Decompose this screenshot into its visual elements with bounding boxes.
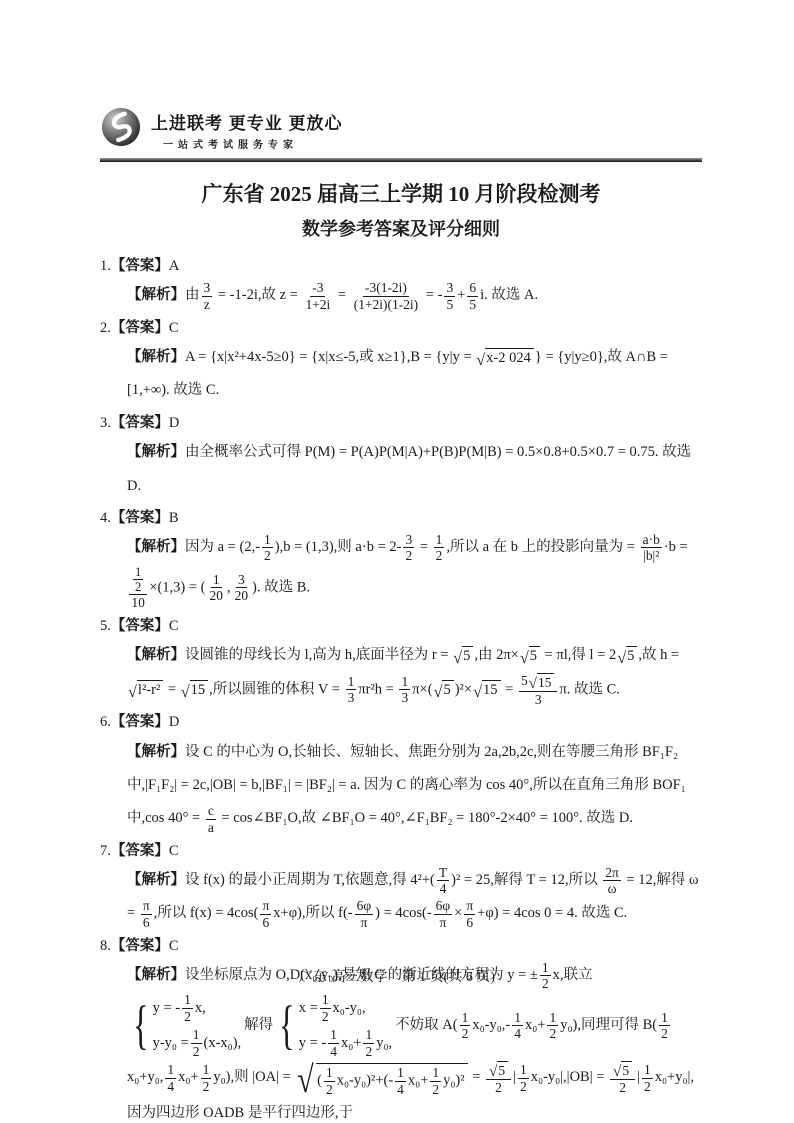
questions-list: 1.【答案】A【解析】由3z = -1-2i,故 z = -31+2i = -3…: [100, 254, 702, 1123]
question-2: 2.【答案】C【解析】A = {x|x²+4x-5≥0} = {x|x≤-5,或…: [100, 316, 702, 408]
jiexi-label: 【解析】: [127, 744, 185, 760]
fraction-denominator: 2: [547, 1026, 558, 1042]
math-text: π. 故选 C.: [559, 681, 620, 697]
math-text: 1: [184, 992, 191, 1007]
fraction-numerator: π: [260, 898, 271, 915]
fraction-denominator: 2: [430, 1082, 441, 1098]
cases-row: y-y₀ = 12(x-x₀),: [153, 1027, 242, 1059]
math-text: ω: [608, 881, 617, 896]
math-text: 1: [203, 1062, 210, 1077]
fraction: 6φπ: [434, 898, 453, 930]
math-text: 1: [644, 1062, 651, 1077]
radical-glyph: √: [617, 650, 626, 666]
fraction: 3z: [202, 280, 213, 312]
math-text: 2: [661, 1026, 668, 1041]
cases-row: y = -14x₀+12y₀,: [299, 1027, 392, 1059]
fraction-numerator: 6φ: [355, 898, 374, 915]
sqrt: √15: [181, 680, 208, 699]
answer-value: C: [169, 618, 179, 634]
math-text: 10: [131, 595, 144, 610]
math-text: T: [439, 865, 447, 880]
math-text: x₀+: [341, 1033, 361, 1055]
brand-subtitle: 一站式考试服务专家: [151, 136, 342, 151]
fraction-denominator: 2: [262, 548, 273, 564]
fraction: 1210: [129, 565, 147, 611]
math-text: 2π: [605, 865, 619, 880]
answer-line: 1.【答案】A: [100, 254, 702, 279]
answer-label: 【答案】: [111, 415, 169, 431]
math-text: 4: [440, 881, 447, 896]
radical-glyph: √: [520, 650, 529, 666]
brace-glyph: {: [133, 1004, 149, 1047]
answer-label: 【答案】: [111, 714, 169, 730]
math-text: 2: [184, 1009, 191, 1024]
fraction-denominator: 6: [260, 915, 271, 931]
fraction-numerator: 1: [363, 1027, 374, 1044]
math-text: 1: [661, 1010, 668, 1025]
math-text: ) = 4cos(-: [375, 905, 432, 921]
math-text: 1: [549, 1010, 556, 1025]
fraction-denominator: 4: [438, 881, 449, 897]
math-text: 1: [436, 532, 443, 547]
math-text: 5: [530, 648, 537, 664]
math-text: i. 故选 A.: [480, 287, 538, 303]
fraction-denominator: 2: [182, 1009, 193, 1025]
math-text: 2: [135, 580, 141, 594]
fraction-numerator: 3: [403, 532, 414, 549]
math-text: |: [513, 1070, 516, 1086]
fraction-denominator: 5: [467, 297, 478, 313]
math-text: 1: [462, 1010, 469, 1025]
fraction-denominator: 2: [201, 1079, 212, 1095]
fraction-denominator: 4: [328, 1044, 339, 1060]
fraction-numerator: π: [141, 898, 152, 915]
math-text: 1: [264, 532, 271, 547]
math-text: 3: [405, 532, 412, 547]
fraction-numerator: T: [437, 865, 449, 882]
math-text: -3: [312, 280, 323, 295]
math-text: 5: [446, 297, 453, 312]
radical-glyph: √: [298, 1062, 315, 1100]
radical-glyph: √: [128, 684, 137, 700]
math-text: y = -: [153, 998, 181, 1020]
math-text: 2: [264, 548, 271, 563]
fraction: 12: [659, 1010, 670, 1042]
question-number: 7.: [100, 843, 111, 859]
fraction: 12: [191, 1027, 202, 1059]
math-text: 5: [521, 673, 528, 688]
fraction-numerator: 1: [328, 1027, 339, 1044]
math-text: x₀-y₀,-: [472, 1017, 510, 1033]
sqrt-content: 5: [462, 646, 473, 665]
fraction: -3(1-2i)(1+2i)(1-2i): [352, 280, 420, 312]
question-3: 3.【答案】D【解析】由全概率公式可得 P(M) = P(A)P(M|A)+P(…: [100, 411, 702, 503]
brand-header: 上进联考 更专业 更放心 一站式考试服务专家: [100, 106, 702, 153]
math-text: 1: [432, 1065, 439, 1080]
fraction-numerator: 1: [395, 1065, 406, 1082]
math-text: 6φ: [357, 898, 372, 913]
math-text: 2: [436, 548, 443, 563]
page-subtitle: 数学参考答案及评分细则: [100, 215, 702, 241]
radical-glyph: √: [476, 352, 485, 368]
fraction-numerator: √5: [486, 1061, 511, 1080]
fraction: 12: [430, 1065, 441, 1097]
fraction-denominator: 2: [518, 1079, 529, 1095]
jiexi-label: 【解析】: [127, 444, 185, 460]
math-text: 由: [185, 287, 200, 303]
answer-line: 5.【答案】C: [100, 614, 702, 639]
fraction: π6: [260, 898, 271, 930]
math-text: x₀+: [178, 1070, 198, 1086]
fraction-denominator: 2: [460, 1026, 471, 1042]
fraction-numerator: 1: [518, 1062, 529, 1079]
math-text: 15: [191, 682, 206, 698]
jiexi-block: 【解析】由全概率公式可得 P(M) = P(A)P(M|A)+P(B)P(M|B…: [127, 436, 702, 503]
fraction-numerator: 1: [399, 674, 410, 691]
math-text: ,由 2π×: [474, 647, 519, 663]
math-text: = cos∠BF₁O,故 ∠BF₁O = 40°,∠F₁BF₂ = 180°-2…: [218, 810, 633, 826]
math-text: 1: [397, 1065, 404, 1080]
answer-value: C: [169, 843, 179, 859]
fraction-numerator: 1: [642, 1062, 653, 1079]
sqrt-content: 15: [482, 680, 501, 699]
brand-title: 上进联考 更专业 更放心: [151, 109, 342, 134]
fraction-denominator: 2: [324, 1082, 335, 1098]
math-text: = -1-2i,故 z =: [214, 287, 301, 303]
math-text: 3: [446, 280, 453, 295]
fraction-denominator: 2: [617, 1080, 628, 1096]
math-text: 3: [204, 280, 211, 295]
cases: {x = 12x₀-y₀,y = -14x₀+12y₀,: [276, 992, 392, 1059]
math-text: 5: [443, 682, 450, 698]
math-text: πr²h =: [358, 681, 397, 697]
fraction: 12: [201, 1062, 212, 1094]
fraction-numerator: 1: [320, 992, 331, 1009]
math-text: =: [416, 539, 431, 555]
page-title: 广东省 2025 届高三上学期 10 月阶段检测考: [100, 178, 702, 208]
math-text: 4: [330, 1044, 337, 1059]
math-text: π: [143, 898, 150, 913]
fraction-denominator: 6: [464, 915, 475, 931]
math-text: 2: [432, 1082, 439, 1097]
answer-value: C: [169, 320, 179, 336]
sqrt: √5: [617, 646, 637, 665]
fraction-numerator: 1: [460, 1010, 471, 1027]
fraction-denominator: |b|²: [641, 548, 661, 564]
sqrt: √5: [489, 1061, 508, 1079]
jiexi-block: 【解析】由3z = -1-2i,故 z = -31+2i = -3(1-2i)(…: [127, 279, 702, 312]
math-text: a·b: [643, 532, 660, 547]
math-text: x+φ),所以 f(-: [273, 905, 352, 921]
jiexi-block: 【解析】因为 a = (2,-12),b = (1,3),则 a·b = 2-3…: [127, 531, 702, 611]
answer-value: A: [169, 258, 179, 274]
math-text: 4: [167, 1079, 174, 1094]
answer-value: B: [169, 510, 179, 526]
math-text: 3: [348, 690, 355, 705]
fraction-numerator: c: [206, 803, 216, 820]
fraction-denominator: 6: [141, 915, 152, 931]
jiexi-label: 【解析】: [127, 872, 185, 888]
math-text: π×(: [412, 681, 432, 697]
fraction-numerator: 3: [202, 280, 213, 297]
fraction: √52: [610, 1061, 635, 1096]
exam-answer-page: 上进联考 更专业 更放心 一站式考试服务专家 广东省 2025 届高三上学期 1…: [0, 0, 794, 1123]
math-text: 5: [498, 1063, 505, 1078]
sqrt: √5: [613, 1061, 632, 1079]
fraction-denominator: 3: [399, 690, 410, 706]
fraction-denominator: 2: [434, 548, 445, 564]
math-text: 设圆锥的母线长为 l,高为 h,底面半径为 r =: [185, 647, 452, 663]
sqrt-content: l²-r²: [137, 680, 163, 699]
answer-line: 6.【答案】D: [100, 710, 702, 735]
answer-line: 8.【答案】C: [100, 934, 702, 959]
math-text: 1: [326, 1065, 333, 1080]
fraction-numerator: 6: [467, 280, 478, 297]
fraction: 12: [363, 1027, 374, 1059]
math-text: ,故 h =: [638, 647, 679, 663]
fraction-numerator: a·b: [641, 532, 662, 549]
fraction-numerator: 1: [165, 1062, 176, 1079]
answer-line: 2.【答案】C: [100, 316, 702, 341]
fraction: 12: [518, 1062, 529, 1094]
math-text: 1+2i: [305, 297, 330, 312]
fraction: 320: [233, 572, 250, 604]
math-text: y = -: [299, 1033, 327, 1055]
sqrt: √5: [453, 646, 473, 665]
fraction-denominator: 2: [363, 1044, 374, 1060]
sqrt-content: 5: [497, 1061, 508, 1079]
math-text: 2: [520, 1079, 527, 1094]
question-number: 3.: [100, 415, 111, 431]
math-text: x =: [299, 998, 318, 1020]
fraction-denominator: 2: [191, 1044, 202, 1060]
fraction: 12: [133, 565, 143, 595]
fraction: 14: [328, 1027, 339, 1059]
math-text: 20: [235, 588, 248, 603]
answer-value: D: [169, 714, 179, 730]
math-text: 2: [619, 1080, 626, 1095]
fraction-numerator: 1: [659, 1010, 670, 1027]
math-text: 1: [135, 565, 141, 579]
math-text: 2: [193, 1044, 200, 1059]
fraction-numerator: 1: [512, 1010, 523, 1027]
fraction: π6: [141, 898, 152, 930]
question-number: 1.: [100, 258, 111, 274]
math-text: 2: [365, 1044, 372, 1059]
fraction: 5√153: [519, 673, 558, 708]
radical-glyph: √: [489, 1065, 497, 1080]
answer-label: 【答案】: [111, 510, 169, 526]
fraction: 12: [262, 532, 273, 564]
math-text: x₀+: [408, 1073, 428, 1089]
brace-glyph: {: [279, 1004, 295, 1047]
fraction: T4: [437, 865, 449, 897]
radical-glyph: √: [181, 684, 190, 700]
fraction-numerator: π: [464, 898, 475, 915]
math-text: 15: [483, 682, 498, 698]
math-text: =: [164, 681, 179, 697]
math-text: l²-r²: [138, 682, 160, 698]
math-text: x-2 024: [486, 350, 531, 366]
sqrt: √5: [434, 680, 454, 699]
math-text: 1: [213, 572, 220, 587]
sqrt-content: 5: [529, 646, 540, 665]
math-text: 2: [644, 1079, 651, 1094]
fraction: 2πω: [603, 865, 621, 897]
math-text: 3: [535, 692, 542, 707]
math-text: 1: [348, 674, 355, 689]
cases-rows: x = 12x₀-y₀,y = -14x₀+12y₀,: [299, 992, 392, 1059]
question-number: 8.: [100, 938, 111, 954]
sqrt: √15: [529, 673, 555, 691]
math-text: (1+2i)(1-2i): [354, 297, 418, 312]
fraction-denominator: 2: [642, 1079, 653, 1095]
answer-line: 4.【答案】B: [100, 506, 702, 531]
question-number: 4.: [100, 510, 111, 526]
answer-line: 7.【答案】C: [100, 839, 702, 864]
fraction: 12: [460, 1010, 471, 1042]
math-text: 1: [520, 1062, 527, 1077]
fraction: 14: [395, 1065, 406, 1097]
fraction-numerator: 1: [434, 532, 445, 549]
jiexi-block: 【解析】A = {x|x²+4x-5≥0} = {x|x≤-5,或 x≥1},B…: [127, 341, 702, 408]
math-text: 5: [469, 297, 476, 312]
fraction-numerator: 1: [262, 532, 273, 549]
math-text: 不妨取 A(: [395, 1017, 457, 1033]
math-text: 5: [627, 648, 634, 664]
fraction-denominator: 1+2i: [303, 297, 332, 313]
answer-value: C: [169, 938, 179, 954]
fraction-numerator: -3: [310, 280, 325, 297]
fraction: 14: [165, 1062, 176, 1094]
fraction-numerator: 12: [129, 565, 147, 596]
answer-value: D: [169, 415, 179, 431]
math-text: 1: [330, 1027, 337, 1042]
math-text: |b|²: [643, 548, 659, 563]
math-text: x,: [195, 998, 206, 1020]
answer-label: 【答案】: [111, 843, 169, 859]
math-text: (x-x₀),: [204, 1033, 242, 1055]
fraction: 65: [467, 280, 478, 312]
math-text: 5: [463, 648, 470, 664]
math-text: 15: [538, 675, 551, 690]
sqrt-content: 15: [190, 680, 209, 699]
math-text: π: [262, 898, 269, 913]
fraction-numerator: 2π: [603, 865, 621, 882]
math-text: 1: [322, 992, 329, 1007]
fraction-denominator: 2: [659, 1026, 670, 1042]
math-text: ,所以圆锥的体积 V =: [209, 681, 343, 697]
fraction-numerator: 1: [211, 572, 222, 589]
page-content: 上进联考 更专业 更放心 一站式考试服务专家 广东省 2025 届高三上学期 1…: [0, 0, 794, 1123]
math-text: x₀-y₀,: [333, 998, 366, 1020]
math-text: y₀),同理可得 B(: [560, 1017, 657, 1033]
fraction-denominator: 2: [133, 580, 143, 594]
sqrt: √5: [520, 646, 540, 665]
math-text: 2: [495, 1080, 502, 1095]
sqrt: √l²-r²: [128, 680, 163, 699]
math-text: 因为 a = (2,-: [185, 539, 260, 555]
answer-label: 【答案】: [111, 258, 169, 274]
brand-text: 上进联考 更专业 更放心 一站式考试服务专家: [151, 109, 342, 151]
math-text: 6: [469, 280, 476, 295]
fraction-denominator: 3: [533, 692, 544, 708]
math-text: ,所以 a 在 b 上的投影向量为 =: [446, 539, 638, 555]
math-text: ,: [227, 579, 231, 595]
fraction-denominator: 3: [346, 690, 357, 706]
math-text: y-y₀ =: [153, 1033, 189, 1055]
fraction-numerator: √5: [610, 1061, 635, 1080]
fraction-numerator: 5√15: [519, 673, 558, 692]
math-text: ×(1,3) = (: [149, 579, 205, 595]
fraction: 6φπ: [355, 898, 374, 930]
jiexi-label: 【解析】: [127, 539, 185, 555]
sqrt-content: 5: [442, 680, 453, 699]
fraction: 12: [547, 1010, 558, 1042]
jiexi-block: 【解析】设 C 的中心为 O,长轴长、短轴长、焦距分别为 2a,2b,2c,则在…: [127, 736, 702, 836]
fraction-denominator: 20: [207, 588, 224, 604]
fraction-numerator: 1: [430, 1065, 441, 1082]
math-text: π: [466, 898, 473, 913]
sqrt-content: 5: [621, 1061, 632, 1079]
radical-glyph: √: [434, 684, 443, 700]
math-text: 4: [514, 1026, 521, 1041]
fraction-numerator: 1: [182, 992, 193, 1009]
fraction: π6: [464, 898, 475, 930]
math-text: c: [208, 803, 214, 818]
fraction: 12: [642, 1062, 653, 1094]
fraction-numerator: 1: [547, 1010, 558, 1027]
math-text: 2: [203, 1079, 210, 1094]
math-text: +φ) = 4cos 0 = 4. 故选 C.: [477, 905, 627, 921]
math-text: 6: [466, 915, 473, 930]
math-text: 1: [167, 1062, 174, 1077]
fraction: 13: [346, 674, 357, 706]
math-text: 2: [326, 1082, 333, 1097]
math-text: 4: [397, 1082, 404, 1097]
header-divider: [100, 158, 702, 162]
fraction: a·b|b|²: [641, 532, 662, 564]
sqrt: √(12x₀-y₀)²+(-14x₀+12y₀)²: [295, 1059, 467, 1097]
math-text: 由全概率公式可得 P(M) = P(A)P(M|A)+P(B)P(M|B) = …: [127, 444, 691, 493]
fraction-numerator: 1: [201, 1062, 212, 1079]
fraction-numerator: 3: [236, 572, 247, 589]
math-text: x₀-y₀|,|OB| =: [531, 1070, 608, 1086]
page-footer: 广东·高三数学 第 1 页(共 6 页): [0, 966, 794, 986]
math-text: 3: [401, 690, 408, 705]
math-text: x₀+y₀,: [127, 1070, 163, 1086]
math-text: y₀,: [376, 1033, 392, 1055]
math-text: =: [469, 1070, 484, 1086]
math-text: ). 故选 B.: [252, 579, 310, 595]
math-text: y₀)²: [443, 1073, 464, 1089]
fraction-denominator: 2: [320, 1009, 331, 1025]
jiexi-label: 【解析】: [127, 287, 185, 303]
fraction: ca: [206, 803, 216, 835]
math-text: 1: [514, 1010, 521, 1025]
math-text: 5: [622, 1063, 629, 1078]
math-text: 6φ: [436, 898, 451, 913]
math-text: ·b =: [664, 539, 688, 555]
question-number: 6.: [100, 714, 111, 730]
fraction: 32: [403, 532, 414, 564]
math-text: )² = 25,解得 T = 12,所以: [451, 872, 601, 888]
question-number: 5.: [100, 618, 111, 634]
math-text: ),b = (1,3),则 a·b = 2-: [275, 539, 402, 555]
math-text: (: [317, 1073, 322, 1089]
sqrt-content: 15: [537, 673, 554, 691]
question-number: 2.: [100, 320, 111, 336]
